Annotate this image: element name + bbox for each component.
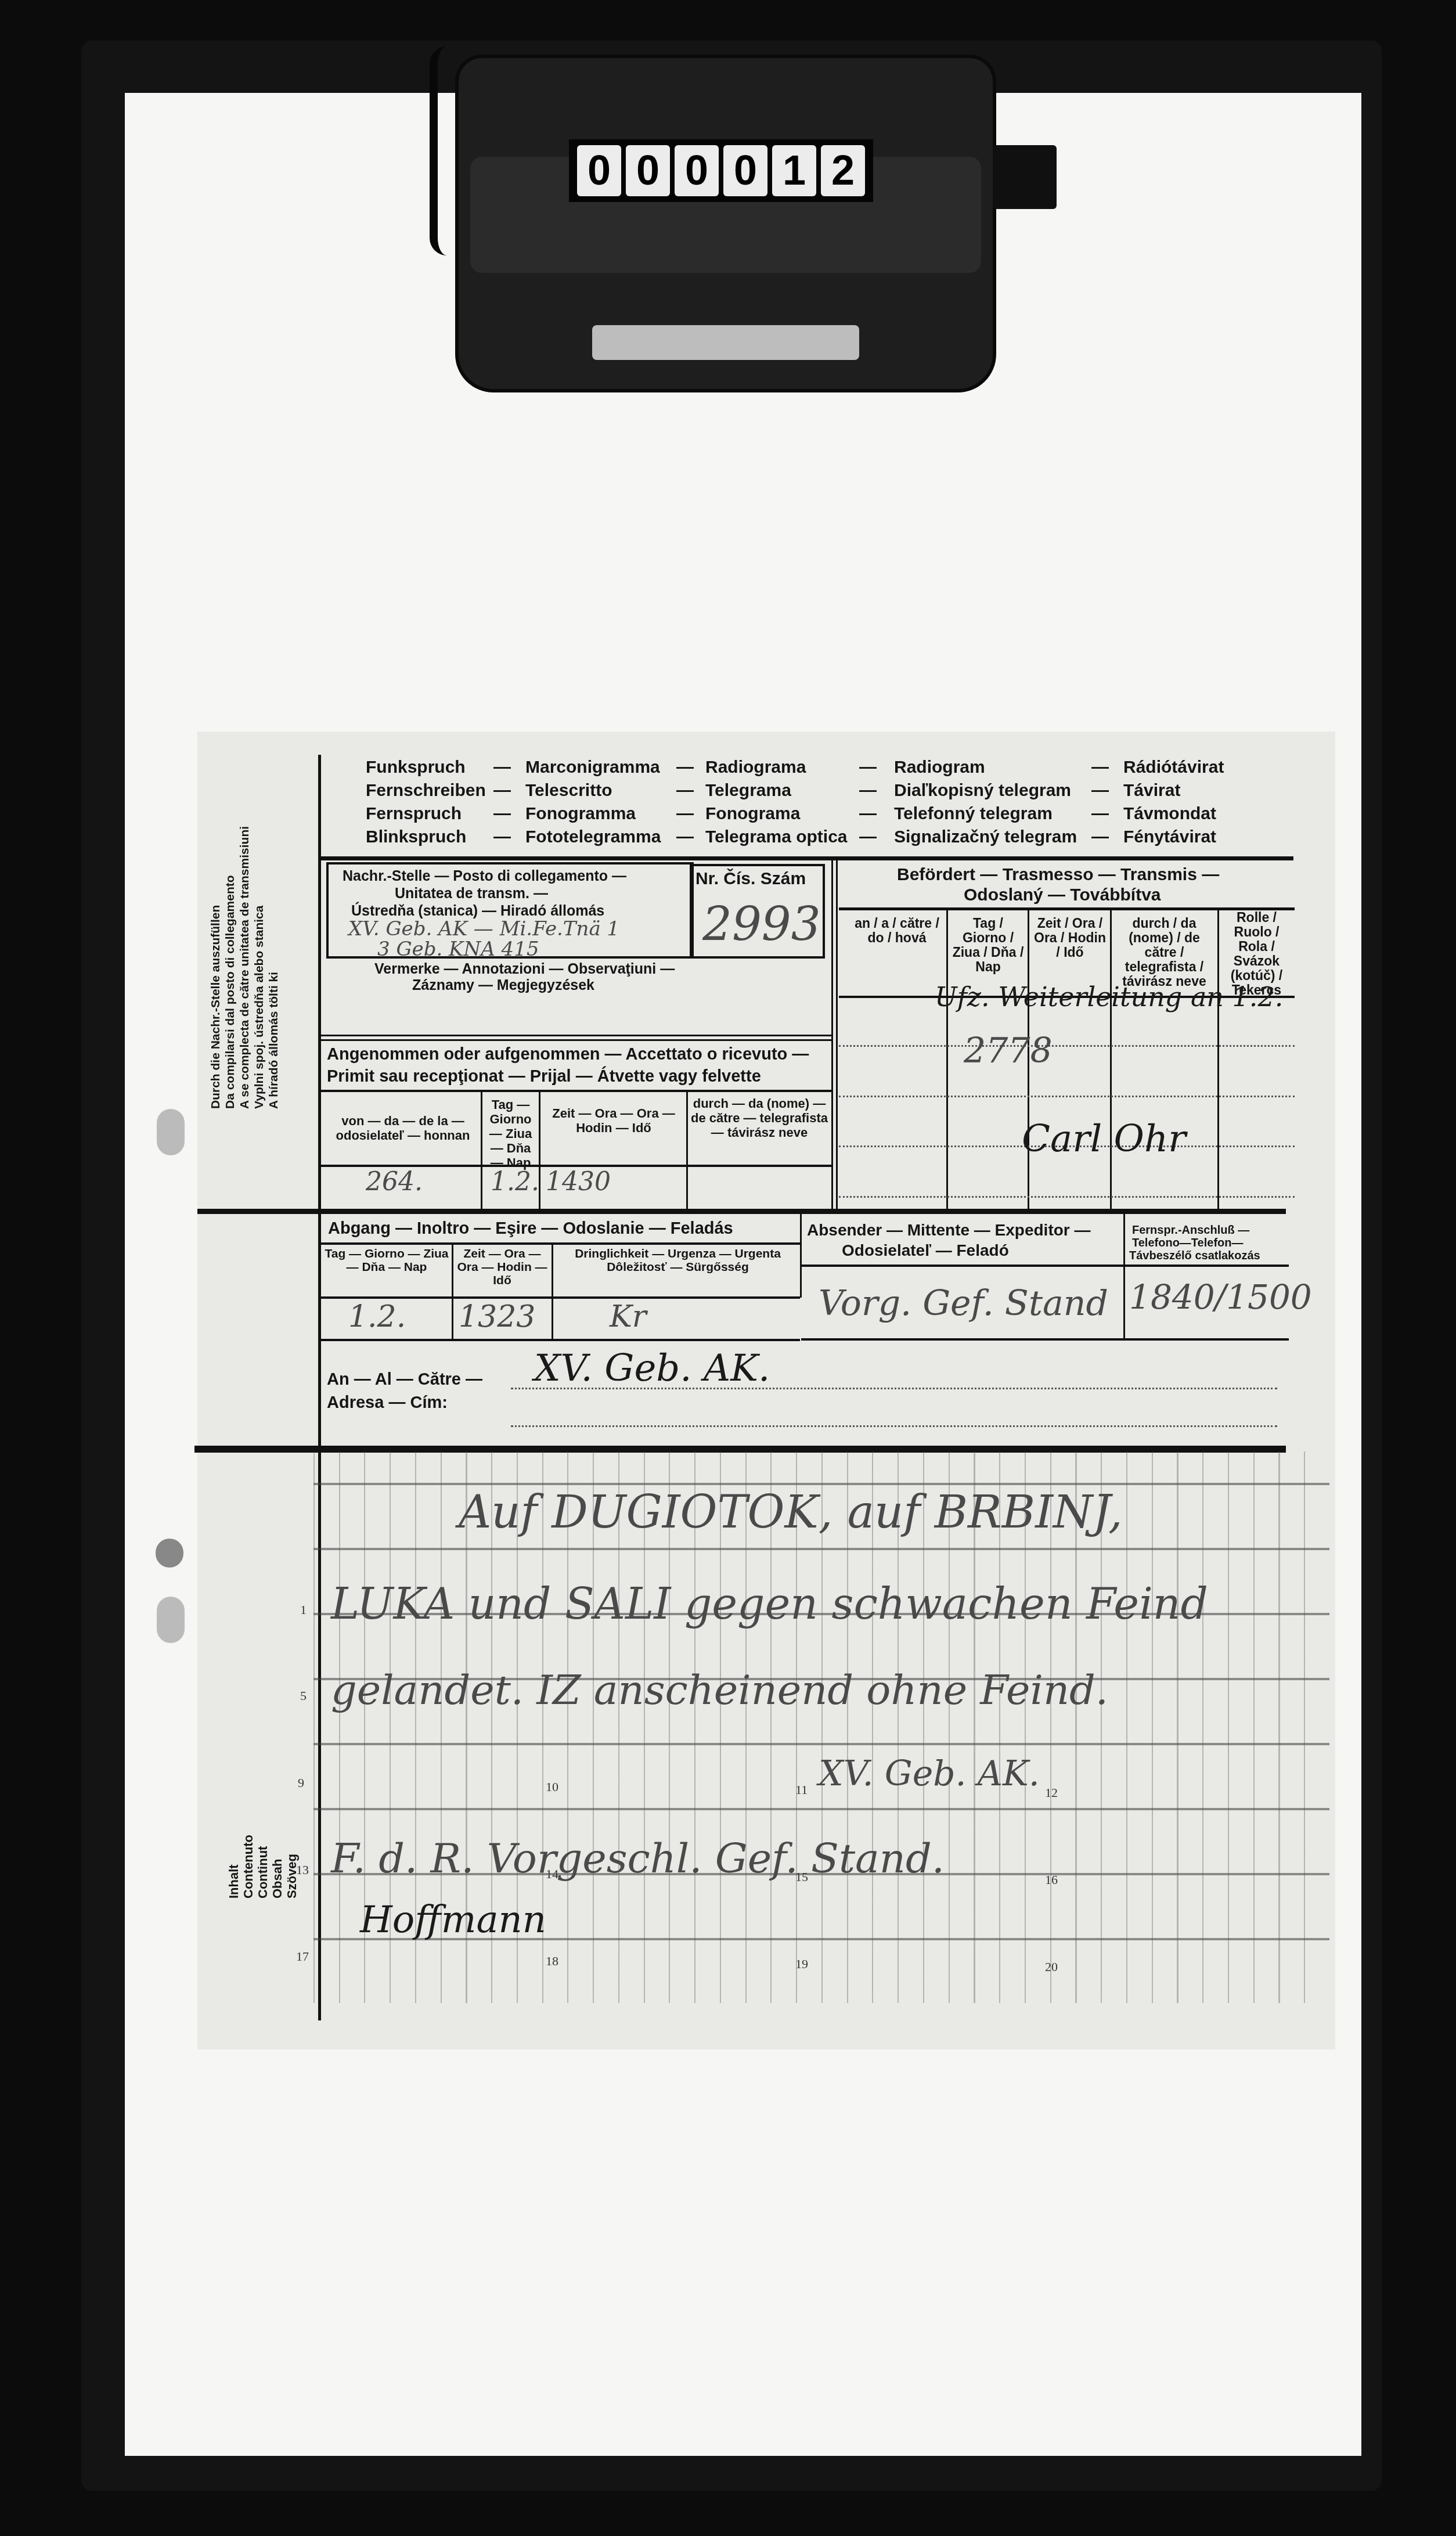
address-value: XV. Geb. AK. (534, 1347, 770, 1390)
section-rule (197, 1209, 1286, 1214)
counter-digit: 0 (675, 145, 719, 196)
signature: Hoffmann (360, 1899, 546, 1941)
received-time: 1430 (546, 1167, 611, 1197)
header-rule (321, 856, 1293, 860)
frame-counter-device: 0 0 0 0 1 2 (459, 58, 993, 389)
forwarded-handwritten: Ufz. Weiterleitung an 1.2. (935, 981, 1283, 1013)
counter-digit: 0 (577, 145, 621, 196)
phone-value: 1840/1500 (1129, 1277, 1312, 1317)
number-label: Nr. Čís. Szám (695, 869, 806, 889)
punch-hole (157, 1109, 185, 1155)
counter-digit: 0 (626, 145, 670, 196)
counter-digit: 1 (772, 145, 816, 196)
departure-urgency: Kr (610, 1299, 647, 1334)
name-plate (592, 325, 859, 360)
received-day: 1.2. (491, 1167, 539, 1197)
station-handwritten: 3 Geb. KNA 415 (377, 938, 539, 961)
punch-hole (157, 1597, 185, 1643)
received-from: 264. (366, 1167, 423, 1197)
counter-digit: 2 (821, 145, 865, 196)
sender-value: Vorg. Gef. Stand (819, 1283, 1108, 1324)
counter-knob (993, 145, 1057, 209)
signature: Carl Ohr (1022, 1118, 1186, 1161)
forwarded-number: 2778 (964, 1031, 1053, 1071)
counter-digit: 0 (723, 145, 767, 196)
frame-counter: 0 0 0 0 1 2 (569, 139, 873, 202)
station-handwritten: XV. Geb. AK — Mi.Fe.Tnä 1 (348, 917, 619, 941)
departure-time: 1323 (459, 1299, 535, 1334)
number-value: 2993 (702, 897, 821, 951)
punch-hole (156, 1539, 183, 1568)
departure-day: 1.2. (348, 1299, 406, 1334)
